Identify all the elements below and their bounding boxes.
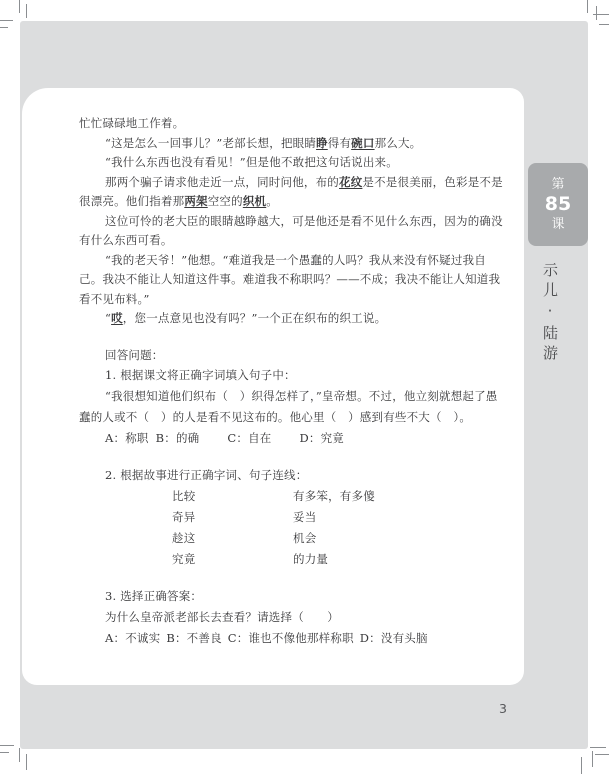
crop-mark: [26, 754, 27, 770]
story-text-segment: 很漂亮。他们指着那: [79, 194, 184, 208]
crop-mark: [599, 24, 609, 25]
story-text-segment: 己。我决不能让人知道这件事。难道我不称职吗？——不成；我决不能让人知道我: [79, 272, 500, 286]
match-row: 趁这机会: [79, 528, 519, 549]
keyword-term: 花纹: [339, 175, 362, 189]
keyword-term: 碗口: [351, 136, 374, 150]
match-left-term: 究竟: [172, 549, 293, 570]
story-line: 忙忙碌碌地工作着。: [79, 114, 519, 134]
story-text-segment: 那两个骗子请求他走近一点，同时问他，布的: [105, 175, 339, 189]
story-text-segment: 得有: [328, 136, 351, 150]
story-line: 那两个骗子请求他走近一点，同时问他，布的花纹是不是很美丽，色彩是不是: [79, 173, 519, 193]
crop-mark: [0, 27, 8, 28]
story-line: 看不见布料。”: [79, 290, 519, 310]
story-text-segment: “我什么东西也没有看见！”但是他不敢把这句话说出来。: [105, 155, 398, 169]
content-page: 忙忙碌碌地工作着。“这是怎么一回事儿？”老部长想，把眼睛睁得有碗口那么大。“我什…: [22, 88, 524, 685]
crop-mark: [596, 6, 597, 20]
question-3-options: A：不诚实B：不善良C：谁也不像他那样称职D：没有头脑: [79, 628, 519, 649]
question-2-section: 2. 根据故事进行正确字词、句子连线： 比较有多笨，有多傻奇异妥当趁这机会究竟的…: [79, 465, 519, 569]
story-line: 己。我决不能让人知道这件事。难道我不称职吗？——不成；我决不能让人知道我: [79, 270, 519, 290]
answer-option: A：不诚实: [105, 631, 160, 645]
story-text-segment: 。: [266, 194, 278, 208]
match-row: 奇异妥当: [79, 507, 519, 528]
answer-option: D：没有头脑: [360, 631, 428, 645]
answer-option: C：自在: [227, 431, 271, 445]
question-1-options: A：称职B：的确C：自在D：究竟: [79, 428, 519, 449]
story-text-segment: 有什么东西可看。: [79, 233, 173, 247]
crop-mark: [593, 14, 609, 15]
lesson-title-vertical: 示儿·陆游: [540, 262, 561, 365]
story-line: 这位可怜的老大臣的眼睛越睁越大，可是他还是看不见什么东西，因为的确没: [79, 212, 519, 232]
lesson-tab-prefix: 第: [551, 176, 564, 193]
crop-mark: [587, 0, 588, 13]
crop-mark: [26, 4, 27, 18]
story-text-segment: 是不是很美丽，色彩是不是: [362, 175, 502, 189]
story-text-segment: 空空的: [208, 194, 243, 208]
story-text-segment: 这位可怜的老大臣的眼睛越睁越大，可是他还是看不见什么东西，因为的确没: [105, 214, 503, 228]
crop-mark: [592, 751, 593, 767]
crop-mark: [0, 745, 14, 746]
story-line: 很漂亮。他们指着那两架空空的织机。: [79, 192, 519, 212]
question-1-text-line: “我很想知道他们织布（ ）织得怎样了，”皇帝想。不过，他立刻就想起了愚: [79, 386, 519, 407]
crop-mark: [19, 748, 20, 762]
answer-option: A：称职: [105, 431, 149, 445]
question-1-text-line: 蠢的人或不（ ）的人是看不见这布的。他心里（ ）感到有些不大（ ）。: [79, 407, 519, 428]
match-left-term: 比较: [172, 486, 293, 507]
story-text-segment: “我的老天爷！”他想。“难道我是一个愚蠢的人吗？我从来没有怀疑过我自: [105, 253, 486, 267]
story-line: “这是怎么一回事儿？”老部长想，把眼睛睁得有碗口那么大。: [79, 134, 519, 154]
question-3-prompt: 为什么皇帝派老部长去查看？请选择（ ）: [79, 607, 519, 628]
match-right-term: 机会: [293, 528, 316, 549]
questions-section: 回答问题： 1. 根据课文将正确字词填入句子中： “我很想知道他们织布（ ）织得…: [79, 345, 519, 449]
match-row: 比较有多笨，有多傻: [79, 486, 519, 507]
lesson-tab-number: 85: [545, 193, 571, 216]
match-row: 究竟的力量: [79, 549, 519, 570]
story-text: 忙忙碌碌地工作着。“这是怎么一回事儿？”老部长想，把眼睛睁得有碗口那么大。“我什…: [79, 114, 519, 329]
match-left-term: 奇异: [172, 507, 293, 528]
question-2-label: 2. 根据故事进行正确字词、句子连线：: [79, 465, 519, 486]
story-text-segment: “这是怎么一回事儿？”老部长想，把眼睛: [105, 136, 316, 150]
match-right-term: 的力量: [293, 549, 328, 570]
page-number: 3: [499, 701, 507, 716]
crop-mark: [0, 20, 13, 21]
questions-heading: 回答问题：: [79, 345, 519, 366]
keyword-term: 睁: [316, 136, 328, 150]
keyword-term: 哎: [111, 311, 123, 325]
question-3-section: 3. 选择正确答案： 为什么皇帝派老部长去查看？请选择（ ） A：不诚实B：不善…: [79, 586, 519, 648]
story-text-segment: ，您一点意见也没有吗？”一个正在织布的织工说。: [123, 311, 386, 325]
scanned-page: 第 85 课 示儿·陆游 3 忙忙碌碌地工作着。“这是怎么一回事儿？”老部长想，…: [0, 0, 609, 774]
crop-mark: [595, 754, 609, 755]
question-2-match-list: 比较有多笨，有多傻奇异妥当趁这机会究竟的力量: [79, 486, 519, 569]
answer-option: B：的确: [156, 431, 200, 445]
crop-mark: [590, 747, 606, 748]
lesson-tab-suffix: 课: [551, 216, 564, 233]
keyword-term: 织机: [243, 194, 266, 208]
crop-mark: [581, 757, 582, 774]
crop-mark: [19, 0, 20, 13]
story-line: “哎，您一点意见也没有吗？”一个正在织布的织工说。: [79, 309, 519, 329]
lesson-number-tab: 第 85 课: [528, 163, 588, 246]
match-right-term: 妥当: [293, 507, 316, 528]
story-text-segment: 那么大。: [375, 136, 422, 150]
story-line: 有什么东西可看。: [79, 231, 519, 251]
keyword-term: 两架: [184, 194, 207, 208]
story-line: “我的老天爷！”他想。“难道我是一个愚蠢的人吗？我从来没有怀疑过我自: [79, 251, 519, 271]
story-text-segment: 看不见布料。”: [79, 292, 150, 306]
answer-option: C：谁也不像他那样称职: [228, 631, 354, 645]
story-line: “我什么东西也没有看见！”但是他不敢把这句话说出来。: [79, 153, 519, 173]
crop-mark: [0, 752, 9, 753]
story-text-segment: 忙忙碌碌地工作着。: [79, 116, 184, 130]
text-column: 忙忙碌碌地工作着。“这是怎么一回事儿？”老部长想，把眼睛睁得有碗口那么大。“我什…: [79, 114, 519, 649]
question-3-label: 3. 选择正确答案：: [79, 586, 519, 607]
answer-option: B：不善良: [166, 631, 221, 645]
question-1-label: 1. 根据课文将正确字词填入句子中：: [79, 365, 519, 386]
match-right-term: 有多笨，有多傻: [293, 486, 375, 507]
match-left-term: 趁这: [172, 528, 293, 549]
answer-option: D：究竟: [299, 431, 344, 445]
